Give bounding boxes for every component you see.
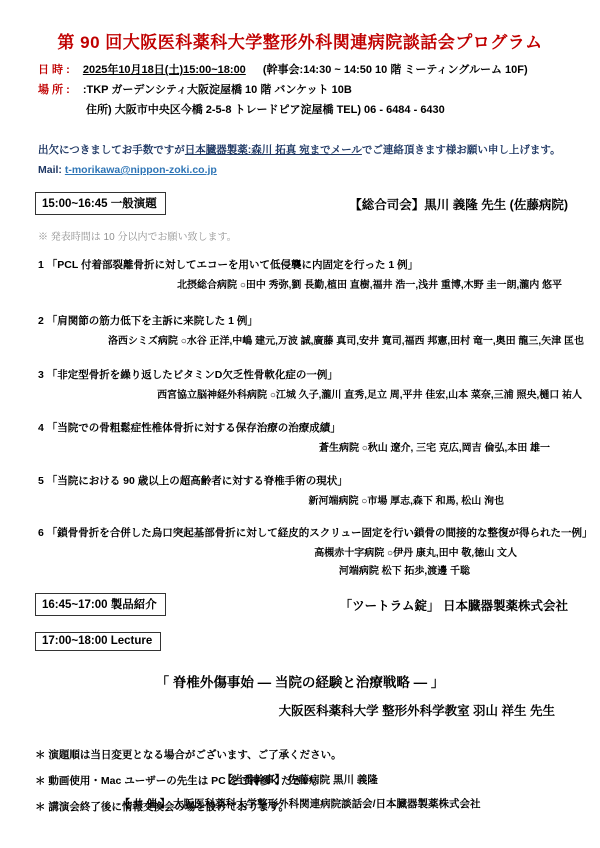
program-document: 第 90 回大阪医科薬科大学整形外科関連病院談話会プログラム 日 時 : 202… <box>0 0 600 848</box>
place-label: 場 所 : <box>38 84 70 96</box>
cosponsor-line: 【 共 催 】 大阪医科薬科大学整形外科関連病院談話会/日本臓器製薬株式会社 <box>0 796 600 811</box>
presentation-item-5: 5 「当院における 90 歳以上の超高齢者に対する脊椎手術の現状」 新河端病院 … <box>38 473 592 507</box>
organizer-line: 【当番幹事】 佐藤病院 黒川 義隆 <box>0 772 600 787</box>
rsvp-notice-prefix: 出欠につきましてお手数ですが <box>38 144 185 156</box>
session-product-timebox: 16:45~17:00 製品紹介 <box>35 593 166 616</box>
presentation-time-note: ※ 発表時間は 10 分以内でお願い致します。 <box>38 228 600 243</box>
presentation-authors: 高槻赤十字病院 ○伊丹 康丸,田中 敬,徳山 文人 <box>38 544 592 559</box>
datetime-line: 日 時 : 2025年10月18日(土)15:00~18:00 (幹事会:14:… <box>38 65 600 76</box>
place-value: :TKP ガーデンシティ大阪淀屋橋 10 階 バンケット 10B <box>83 84 352 96</box>
mail-address-link[interactable]: t-morikawa@nippon-zoki.co.jp <box>65 164 217 176</box>
presentation-title: 5 「当院における 90 歳以上の超高齢者に対する脊椎手術の現状」 <box>38 473 592 488</box>
presentation-title: 2 「肩関節の筋力低下を主訴に来院した 1 例」 <box>38 313 592 328</box>
document-footer: 【当番幹事】 佐藤病院 黒川 義隆 【 共 催 】 大阪医科薬科大学整形外科関連… <box>0 772 600 820</box>
presentation-title: 4 「当院での骨粗鬆症性椎体骨折に対する保存治療の治療成績」 <box>38 420 592 435</box>
datetime-label: 日 時 : <box>38 64 70 76</box>
rsvp-notice-contact: 日本臓器製薬:森川 拓真 宛までメール <box>185 144 362 156</box>
lecture-speaker: 大阪医科薬科大学 整形外科学教室 羽山 祥生 先生 <box>0 701 600 719</box>
datetime-value: 2025年10月18日(土)15:00~18:00 <box>83 64 246 76</box>
lecture-title: 「 脊椎外傷事始 ― 当院の経験と治療戦略 ― 」 <box>0 671 600 691</box>
session-lecture-timebox: 17:00~18:00 Lecture <box>35 632 161 651</box>
presentation-authors-line2: 河端病院 松下 拓歩,渡邊 千聡 <box>38 562 592 577</box>
presentation-title: 1 「PCL 付着部裂離骨折に対してエコーを用いて低侵襲に内固定を行った 1 例… <box>38 257 592 272</box>
footnote: ＊ 演題順は当日変更となる場合がございます、ご了承ください。 <box>35 747 600 762</box>
event-info: 日 時 : 2025年10月18日(土)15:00~18:00 (幹事会:14:… <box>38 65 600 116</box>
address-line: 住所) 大阪市中央区今橋 2-5-8 トレードピア淀屋橋 TEL) 06 - 6… <box>38 105 600 116</box>
product-company: 「ツートラム錠」 日本臓器製薬株式会社 <box>340 596 568 614</box>
mail-line: Mail: t-morikawa@nippon-zoki.co.jp <box>38 164 600 176</box>
presentation-item-4: 4 「当院での骨粗鬆症性椎体骨折に対する保存治療の治療成績」 蒼生病院 ○秋山 … <box>38 420 592 454</box>
session-general-row: 15:00~16:45 一般演題 【総合司会】黒川 義隆 先生 (佐藤病院) <box>35 192 568 215</box>
place-line: 場 所 : :TKP ガーデンシティ大阪淀屋橋 10 階 バンケット 10B <box>38 85 600 96</box>
presentation-title: 6 「鎖骨骨折を合併した烏口突起基部骨折に対して経皮的スクリュー固定を行い鎖骨の… <box>38 525 592 540</box>
session-lecture-row: 17:00~18:00 Lecture <box>35 632 568 651</box>
presentation-authors: 洛西シミズ病院 ○水谷 正洋,中嶋 建元,万波 誠,廣藤 真司,安井 寛司,福西… <box>38 332 592 347</box>
session-general-timebox: 15:00~16:45 一般演題 <box>35 192 166 215</box>
page-title: 第 90 回大阪医科薬科大学整形外科関連病院談話会プログラム <box>0 0 600 53</box>
rsvp-notice-suffix: でご連絡頂きます様お願い申し上げます。 <box>362 144 561 156</box>
presentation-authors: 新河端病院 ○市場 厚志,森下 和馬, 松山 洵也 <box>38 492 592 507</box>
presentation-title: 3 「非定型骨折を繰り返したビタミンD欠乏性骨軟化症の一例」 <box>38 367 592 382</box>
presentation-item-1: 1 「PCL 付着部裂離骨折に対してエコーを用いて低侵襲に内固定を行った 1 例… <box>38 257 592 291</box>
rsvp-notice: 出欠につきましてお手数ですが日本臓器製薬:森川 拓真 宛までメールでご連絡頂きま… <box>38 142 600 157</box>
presentation-item-3: 3 「非定型骨折を繰り返したビタミンD欠乏性骨軟化症の一例」 西宮協立脳神経外科… <box>38 367 592 401</box>
mail-label: Mail: <box>38 164 62 176</box>
datetime-extra: (幹事会:14:30 ~ 14:50 10 階 ミーティングルーム 10F) <box>263 64 528 76</box>
presentation-item-2: 2 「肩関節の筋力低下を主訴に来院した 1 例」 洛西シミズ病院 ○水谷 正洋,… <box>38 313 592 347</box>
session-product-row: 16:45~17:00 製品紹介 「ツートラム錠」 日本臓器製薬株式会社 <box>35 593 568 616</box>
presentation-item-6: 6 「鎖骨骨折を合併した烏口突起基部骨折に対して経皮的スクリュー固定を行い鎖骨の… <box>38 525 592 577</box>
presentation-authors: 蒼生病院 ○秋山 遼介, 三宅 克広,岡吉 倫弘,本田 雄一 <box>38 439 592 454</box>
presentation-authors: 西宮協立脳神経外科病院 ○江城 久子,瀧川 直秀,足立 周,平井 佳宏,山本 菜… <box>38 386 592 401</box>
presentation-authors: 北摂総合病院 ○田中 秀弥,劉 長勤,植田 直樹,福井 浩一,浅井 重博,木野 … <box>38 276 592 291</box>
session-chair: 【総合司会】黒川 義隆 先生 (佐藤病院) <box>349 195 568 213</box>
